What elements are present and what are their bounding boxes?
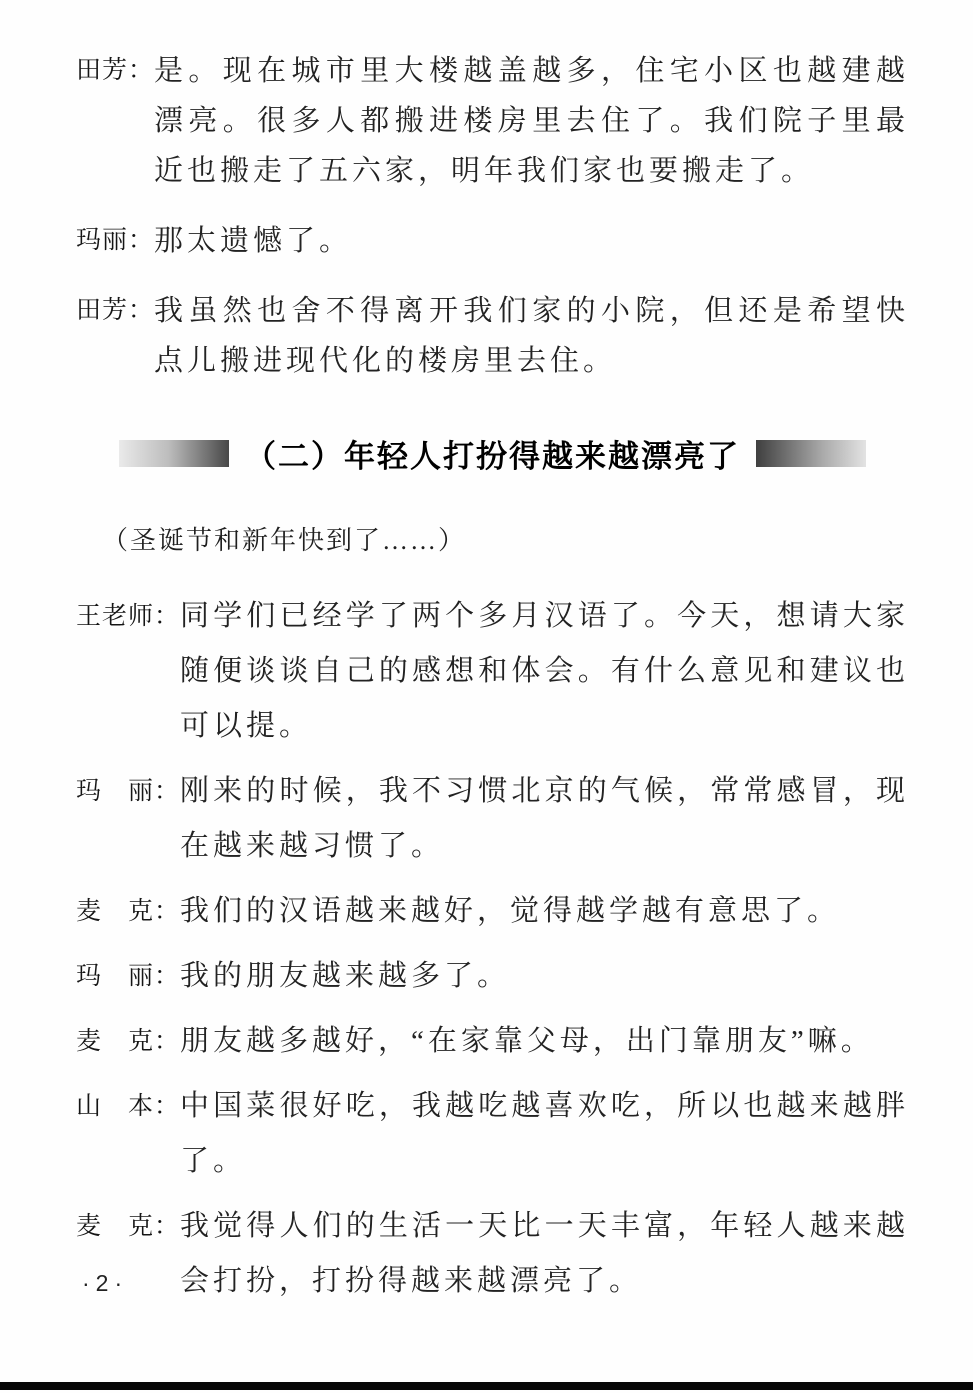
speaker-label: 玛丽： <box>76 216 154 266</box>
dialogue-line: 麦 克： 朋友越多越好，“在家靠父母，出门靠朋友”嘛。 <box>76 1014 909 1069</box>
dialogue-text: 中国菜很好吃，我越吃越喜欢吃，所以也越来越胖了。 <box>180 1079 909 1189</box>
speaker-label: 田芳： <box>76 286 154 336</box>
speaker-label: 玛 丽： <box>76 949 180 1004</box>
dialogue-text: 我虽然也舍不得离开我们家的小院，但还是希望快点儿搬进现代化的楼房里去住。 <box>154 286 909 386</box>
dialogue-text: 同学们已经学了两个多月汉语了。今天，想请大家随便谈谈自己的感想和体会。有什么意见… <box>180 589 909 754</box>
dialogue-text: 我们的汉语越来越好，觉得越学越有意思了。 <box>180 884 909 939</box>
speaker-label: 麦 克： <box>76 884 180 939</box>
dialogue-line: 田芳： 我虽然也舍不得离开我们家的小院，但还是希望快点儿搬进现代化的楼房里去住。 <box>76 286 909 386</box>
dialogue-line: 麦 克： 我们的汉语越来越好，觉得越学越有意思了。 <box>76 884 909 939</box>
dialogue-text: 是。现在城市里大楼越盖越多，住宅小区也越建越漂亮。很多人都搬进楼房里去住了。我们… <box>154 46 909 196</box>
dialogue-line: 玛 丽： 我的朋友越来越多了。 <box>76 949 909 1004</box>
dialogue-text: 我的朋友越来越多了。 <box>180 949 909 1004</box>
speaker-label: 麦 克： <box>76 1014 180 1069</box>
stage-direction: （圣诞节和新年快到了……） <box>102 520 909 557</box>
speaker-label: 山 本： <box>76 1079 180 1134</box>
speaker-label: 玛 丽： <box>76 764 180 819</box>
dialogue-line: 王老师： 同学们已经学了两个多月汉语了。今天，想请大家随便谈谈自己的感想和体会。… <box>76 589 909 754</box>
bottom-scan-bar <box>0 1382 973 1390</box>
dialogue-block-2: 王老师： 同学们已经学了两个多月汉语了。今天，想请大家随便谈谈自己的感想和体会。… <box>76 589 909 1309</box>
dialogue-text: 那太遗憾了。 <box>154 216 909 266</box>
dialogue-text: 刚来的时候，我不习惯北京的气候，常常感冒，现在越来越习惯了。 <box>180 764 909 874</box>
textbook-page: 田芳： 是。现在城市里大楼越盖越多，住宅小区也越建越漂亮。很多人都搬进楼房里去住… <box>0 0 973 1393</box>
dialogue-line: 玛丽： 那太遗憾了。 <box>76 216 909 266</box>
speaker-label: 麦 克： <box>76 1199 180 1254</box>
dialogue-line: 山 本： 中国菜很好吃，我越吃越喜欢吃，所以也越来越胖了。 <box>76 1079 909 1189</box>
page-content: 田芳： 是。现在城市里大楼越盖越多，住宅小区也越建越漂亮。很多人都搬进楼房里去住… <box>0 0 973 1309</box>
heading-gradient-bar-left <box>119 440 229 467</box>
heading-gradient-bar-right <box>756 440 866 467</box>
speaker-label: 王老师： <box>76 589 180 644</box>
dialogue-text: 朋友越多越好，“在家靠父母，出门靠朋友”嘛。 <box>180 1014 909 1069</box>
page-number: ·2· <box>82 1270 128 1297</box>
speaker-label: 田芳： <box>76 46 154 96</box>
section-title: （二）年轻人打扮得越来越漂亮了 <box>245 431 740 476</box>
dialogue-text: 我觉得人们的生活一天比一天丰富，年轻人越来越会打扮，打扮得越来越漂亮了。 <box>180 1199 909 1309</box>
section-heading: （二）年轻人打扮得越来越漂亮了 <box>76 438 909 468</box>
dialogue-line: 麦 克： 我觉得人们的生活一天比一天丰富，年轻人越来越会打扮，打扮得越来越漂亮了… <box>76 1199 909 1309</box>
dialogue-line: 田芳： 是。现在城市里大楼越盖越多，住宅小区也越建越漂亮。很多人都搬进楼房里去住… <box>76 46 909 196</box>
dialogue-block-1: 田芳： 是。现在城市里大楼越盖越多，住宅小区也越建越漂亮。很多人都搬进楼房里去住… <box>76 46 909 386</box>
dialogue-line: 玛 丽： 刚来的时候，我不习惯北京的气候，常常感冒，现在越来越习惯了。 <box>76 764 909 874</box>
